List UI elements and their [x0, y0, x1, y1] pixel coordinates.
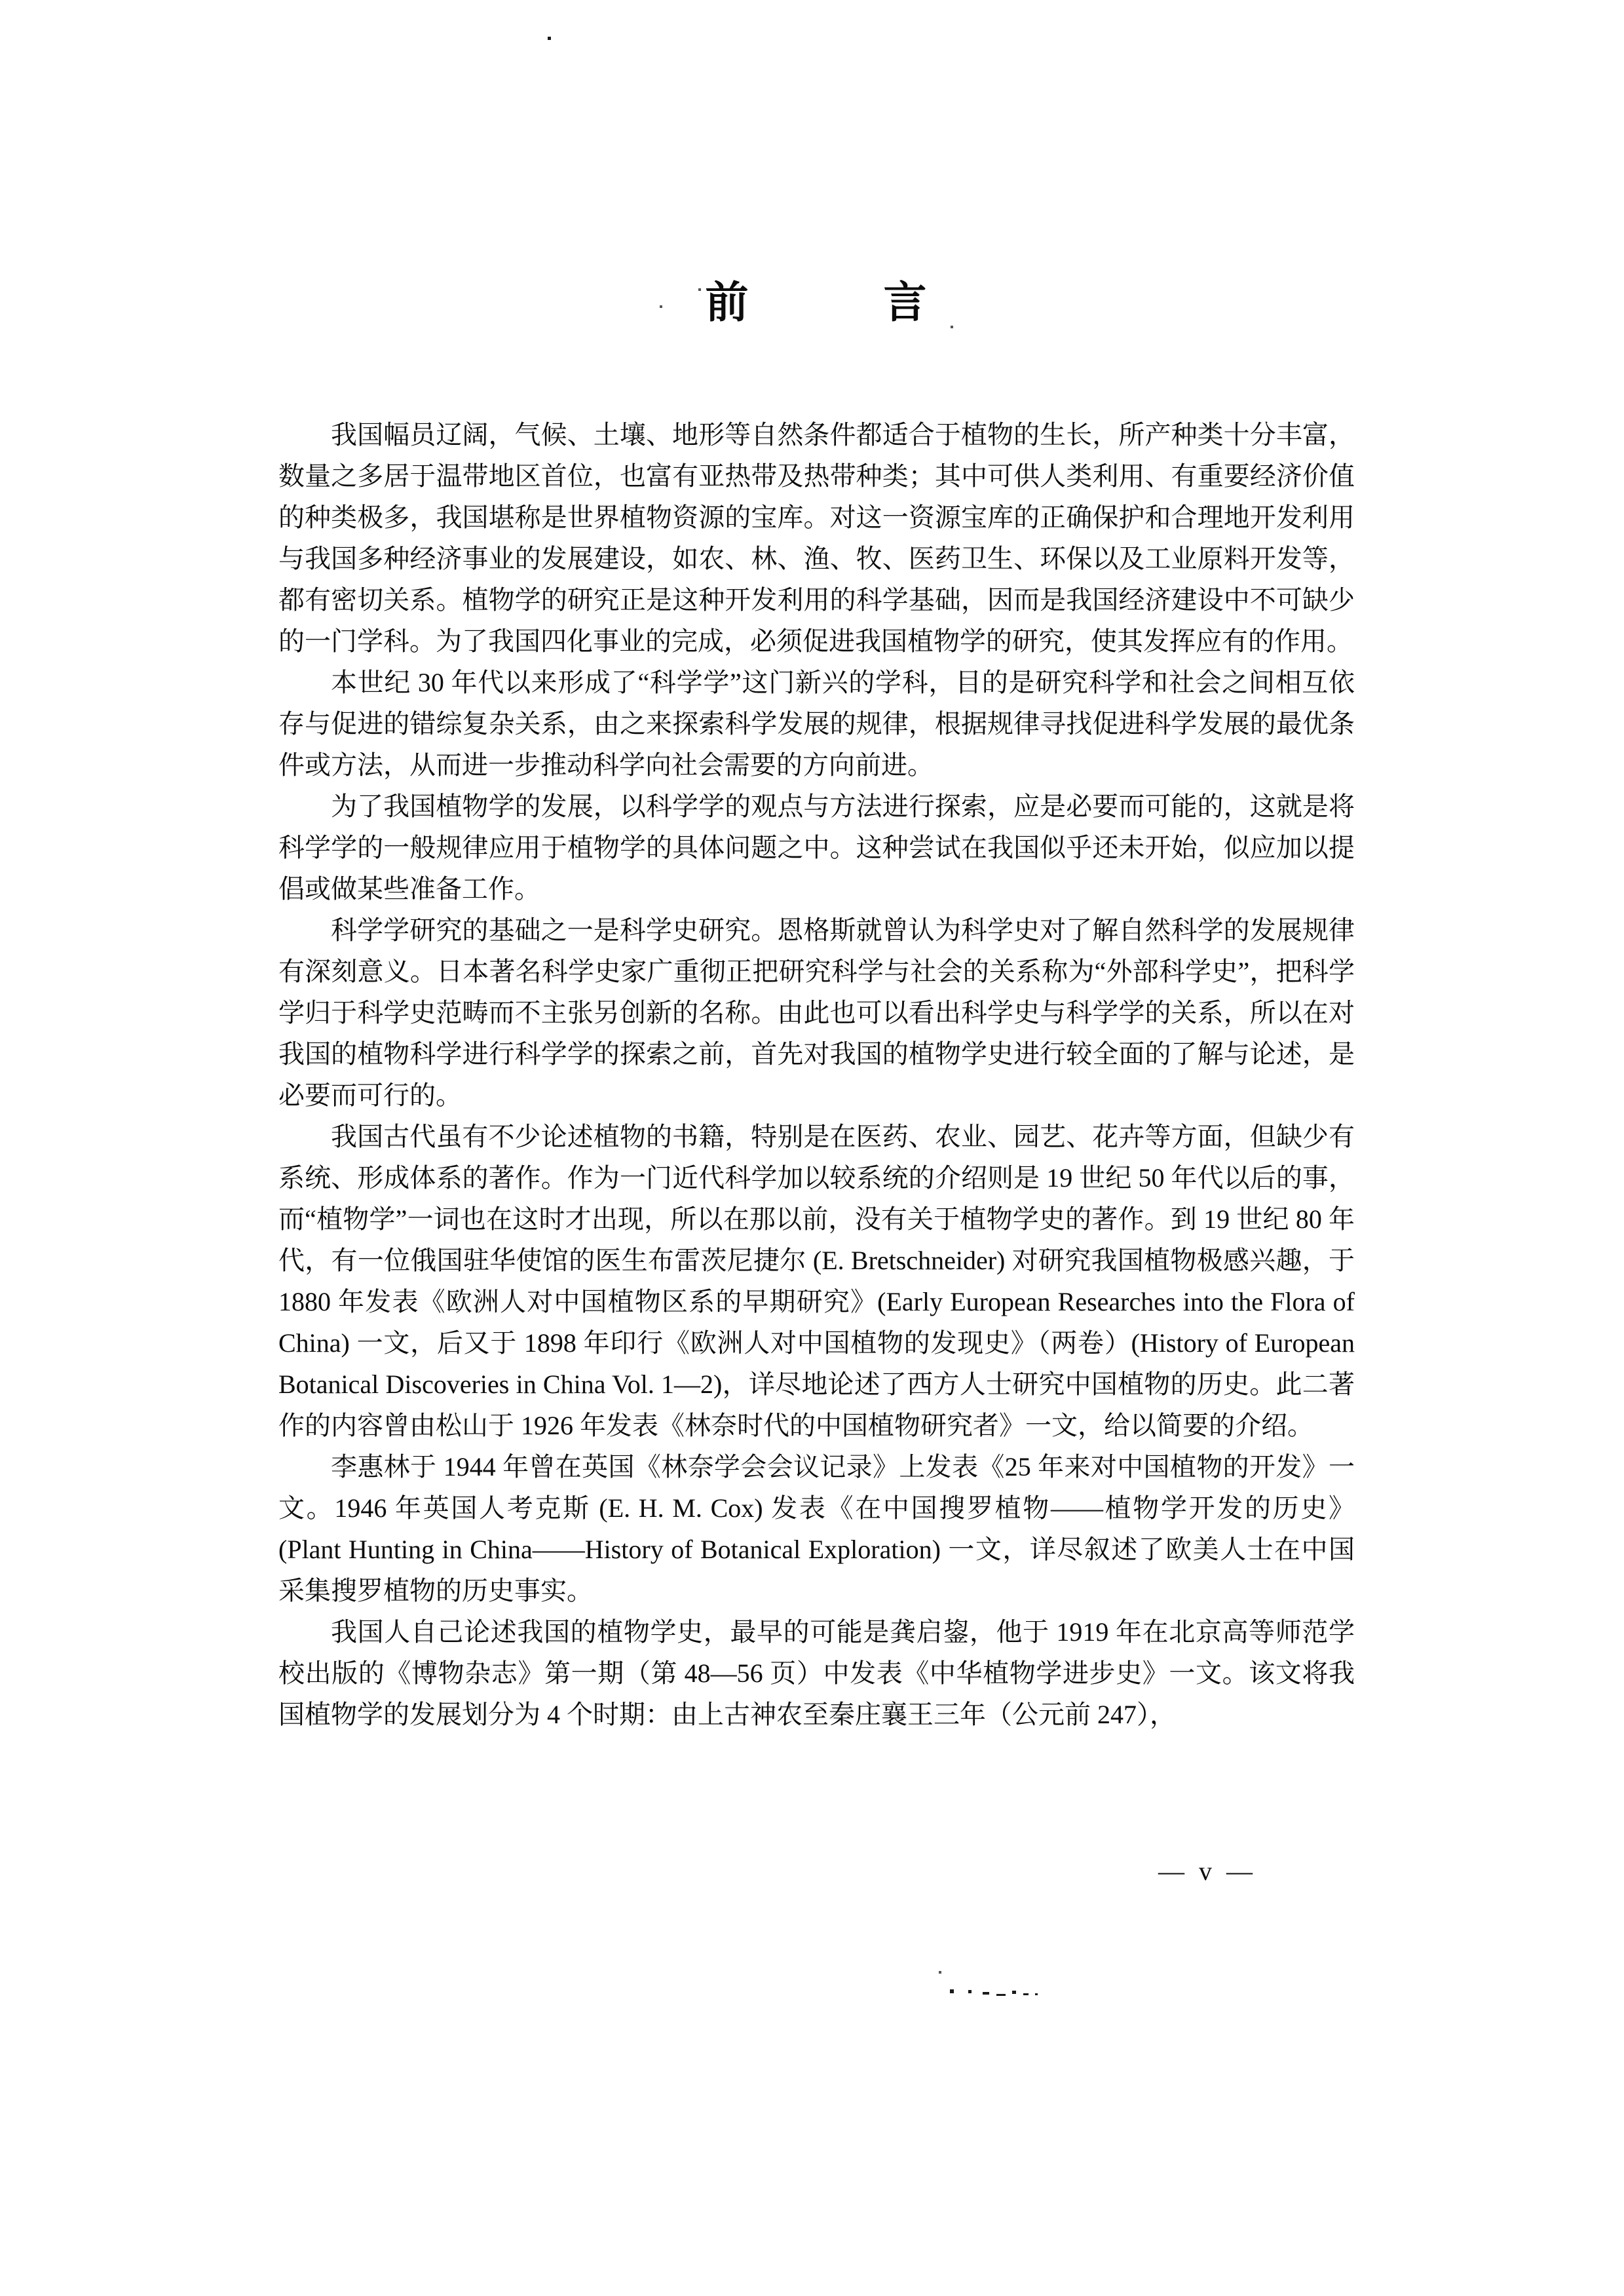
document-page: 前 言 我国幅员辽阔，气候、土壤、地形等自然条件都适合于植物的生长，所产种类十分…	[0, 0, 1624, 2296]
paragraph-7: 我国人自己论述我国的植物学史，最早的可能是龚启鋆，他于 1919 年在北京高等师…	[278, 1611, 1355, 1735]
scan-noise-speck	[968, 1990, 972, 1993]
scan-noise-speck	[1023, 1993, 1029, 1995]
paragraph-4: 科学学研究的基础之一是科学史研究。恩格斯就曾认为科学史对了解自然科学的发展规律有…	[278, 909, 1355, 1116]
paragraph-6: 李惠林于 1944 年曾在英国《林奈学会会议记录》上发表《25 年来对中国植物的…	[278, 1446, 1355, 1611]
scan-noise-speck	[939, 1971, 941, 1974]
page-title: 前 言	[278, 267, 1355, 330]
paragraph-1: 我国幅员辽阔，气候、土壤、地形等自然条件都适合于植物的生长，所产种类十分丰富，数…	[278, 414, 1355, 662]
preface-body: 我国幅员辽阔，气候、土壤、地形等自然条件都适合于植物的生长，所产种类十分丰富，数…	[278, 414, 1355, 1735]
scan-noise-speck	[1012, 1991, 1016, 1994]
scan-noise-speck	[996, 1994, 1006, 1996]
paragraph-2: 本世纪 30 年代以来形成了“科学学”这门新兴的学科，目的是研究科学和社会之间相…	[278, 662, 1355, 786]
paragraph-3: 为了我国植物学的发展，以科学学的观点与方法进行探索，应是必要而可能的，这就是将科…	[278, 786, 1355, 909]
scan-noise-speck	[1035, 1993, 1038, 1995]
scan-noise-speck	[548, 37, 551, 40]
scan-noise-speck	[983, 1992, 989, 1995]
page-number: — v —	[278, 1856, 1355, 1886]
scan-noise-speck	[698, 288, 701, 291]
scan-noise-speck	[950, 1989, 954, 1993]
scan-noise-speck	[951, 326, 953, 328]
scan-noise-speck	[660, 305, 662, 308]
paragraph-5: 我国古代虽有不少论述植物的书籍，特别是在医药、农业、园艺、花卉等方面，但缺少有系…	[278, 1116, 1355, 1446]
